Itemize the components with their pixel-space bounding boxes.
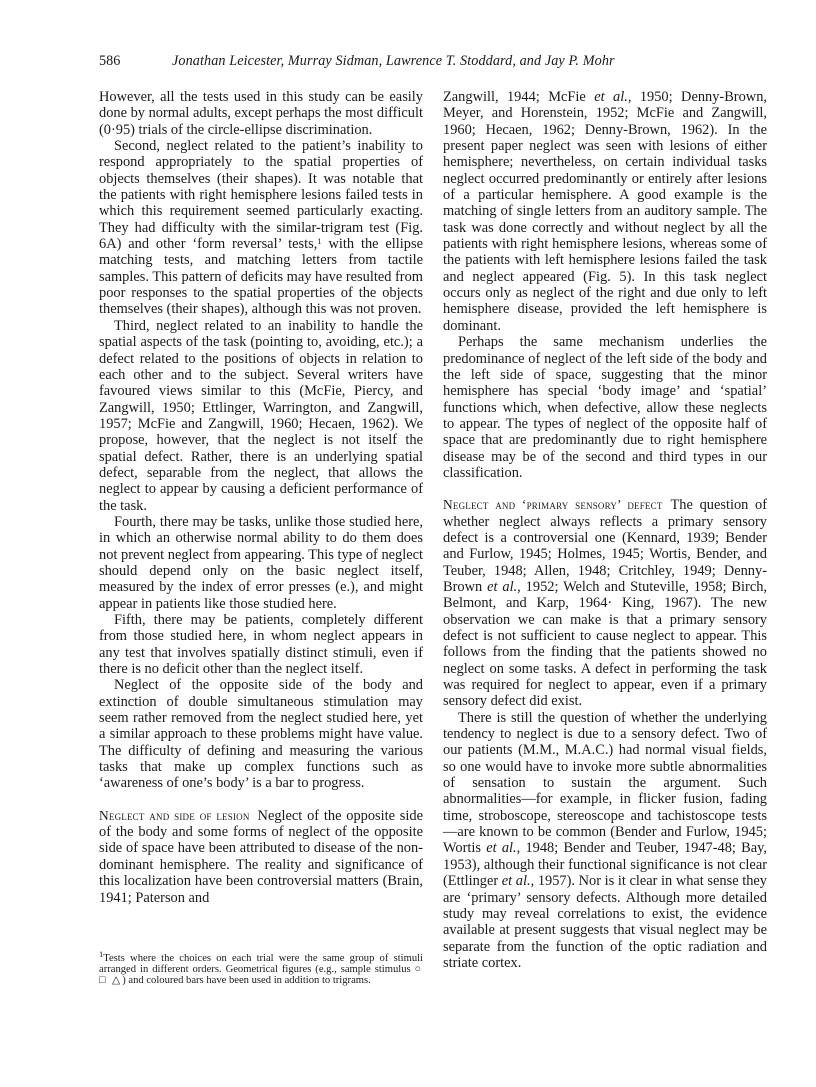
right-column: Zangwill, 1944; McFie et al., 1950; Denn… bbox=[443, 89, 767, 971]
footnote: 1Tests where the choices on each trial w… bbox=[99, 953, 423, 986]
section-heading: Neglect and side of lesion bbox=[99, 808, 250, 823]
section-heading: Neglect and ‘primary sensory’ defect bbox=[443, 497, 663, 512]
paragraph: Zangwill, 1944; McFie et al., 1950; Denn… bbox=[443, 89, 767, 334]
paragraph: Neglect of the opposite side of the body… bbox=[99, 677, 423, 791]
paragraph: Third, neglect related to an inability t… bbox=[99, 318, 423, 514]
paragraph: There is still the question of whether t… bbox=[443, 710, 767, 972]
paragraph: Perhaps the same mechanism underlies the… bbox=[443, 334, 767, 481]
page-number: 586 bbox=[99, 53, 120, 70]
paragraph: Fourth, there may be tasks, unlike those… bbox=[99, 514, 423, 612]
paragraph: However, all the tests used in this stud… bbox=[99, 89, 423, 138]
paragraph: Second, neglect related to the patient’s… bbox=[99, 138, 423, 318]
running-head-authors: Jonathan Leicester, Murray Sidman, Lawre… bbox=[172, 53, 615, 70]
section-paragraph: Neglect and ‘primary sensory’ defectThe … bbox=[443, 497, 767, 709]
left-column: However, all the tests used in this stud… bbox=[99, 89, 423, 906]
paragraph: Fifth, there may be patients, completely… bbox=[99, 612, 423, 677]
running-header: 586 Jonathan Leicester, Murray Sidman, L… bbox=[99, 53, 759, 73]
section-paragraph: Neglect and side of lesionNeglect of the… bbox=[99, 808, 423, 906]
